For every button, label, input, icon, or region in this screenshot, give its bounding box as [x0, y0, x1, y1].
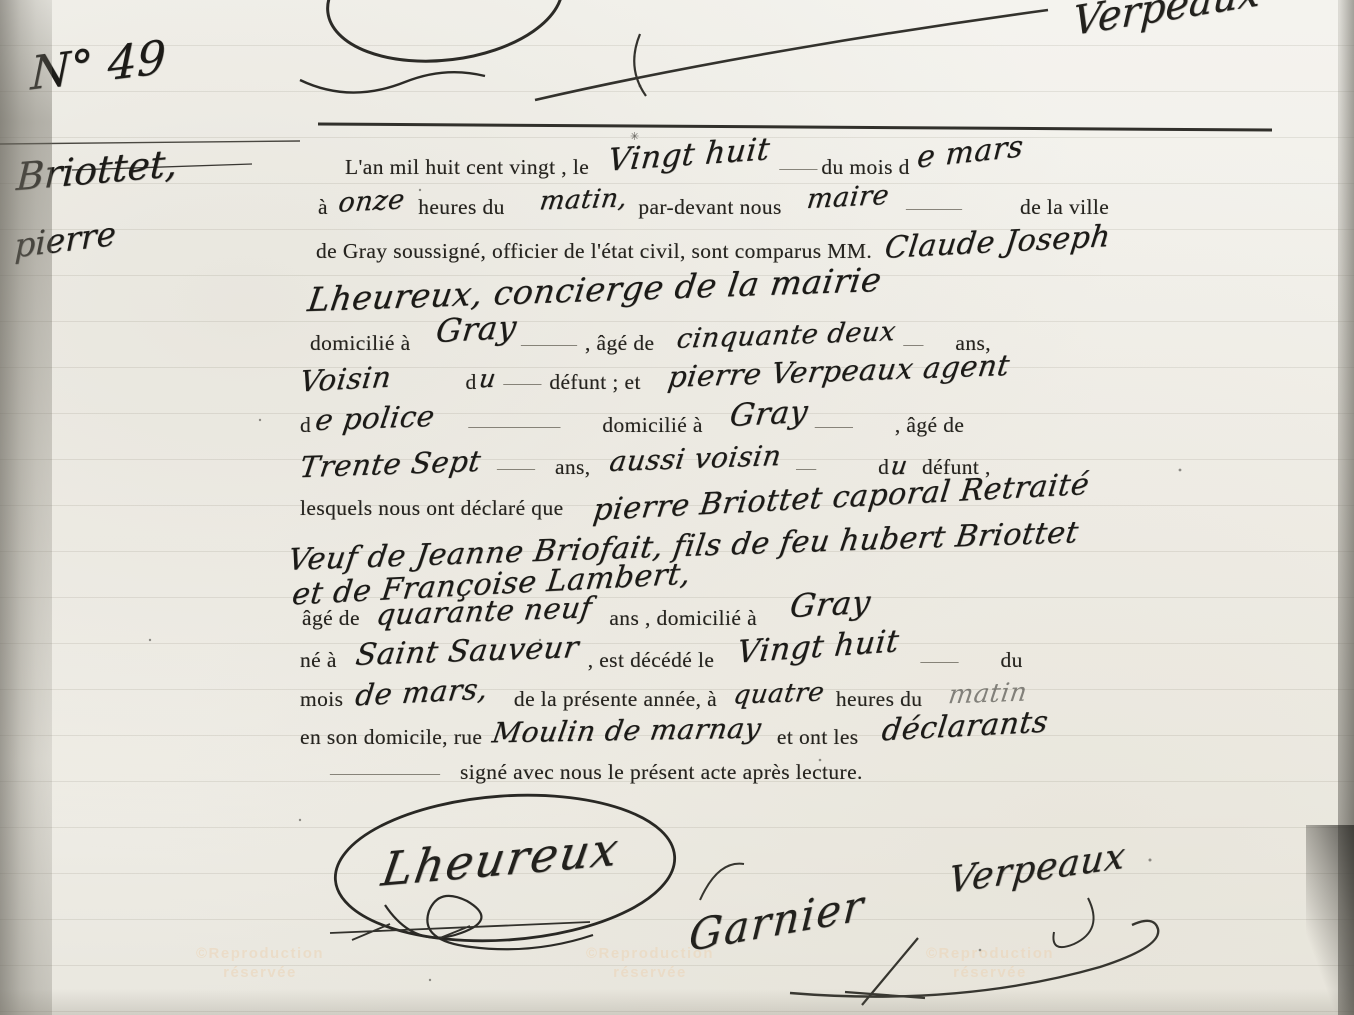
text-line: Lheureux, concierge de la mairie	[308, 270, 882, 309]
watermark-line2: réservée	[150, 963, 370, 982]
printed-text: d	[300, 413, 311, 438]
act-separator-rule	[318, 124, 1272, 130]
filler-dash: —————	[468, 415, 558, 438]
death-register-scan: Verpeaux N° 49 Briottet, pierre ✳ L'an m…	[0, 0, 1354, 1015]
printed-text: né à	[300, 648, 337, 673]
handwritten-text: u	[477, 364, 498, 394]
printed-text: à	[318, 195, 328, 220]
archive-watermark: ©Reproduction réservée	[150, 944, 370, 982]
handwritten-text: Voisin	[298, 359, 394, 398]
text-line: Voisindu——défunt ; etpierre Verpeaux age…	[300, 362, 1009, 396]
handwritten-text: déclarants	[879, 704, 1049, 748]
handwritten-text: maire	[805, 180, 891, 216]
handwritten-text: de mars,	[354, 671, 491, 712]
handwritten-text: Gray	[788, 583, 873, 626]
handwritten-text: e police	[313, 399, 437, 437]
printed-text: d	[465, 370, 476, 395]
printed-text: d	[878, 455, 889, 480]
filler-dash: ——	[497, 457, 533, 480]
text-line: ——————signé avec nous le présent acte ap…	[330, 760, 863, 785]
watermark-line2: réservée	[540, 963, 760, 982]
printed-text: par-devant nous	[638, 195, 781, 220]
handwritten-text: aussi voisin	[607, 439, 783, 478]
watermark-line2: réservée	[880, 963, 1100, 982]
handwritten-text: Claude Joseph	[883, 219, 1113, 266]
text-line: âgé dequarante neufans , domicilié àGray	[302, 595, 870, 633]
filler-dash: ——	[503, 372, 539, 395]
previous-act-signature: Verpeaux	[1072, 0, 1262, 45]
previous-act-flourish-hook	[634, 34, 646, 96]
printed-text: âgé de	[302, 606, 360, 631]
printed-text: , est décédé le	[588, 648, 715, 673]
text-line: de police—————domicilié àGray——, âgé de	[300, 404, 964, 440]
handwritten-text: Saint Sauveur	[353, 630, 581, 673]
handwritten-text: e mars	[916, 129, 1025, 176]
signature-verpeaux: Verpeaux	[947, 835, 1128, 902]
scan-corner-shadow	[1306, 825, 1354, 1015]
printed-text: lesquels nous ont déclaré que	[300, 496, 564, 521]
handwritten-text: Gray	[728, 394, 810, 434]
printed-text: ans , domicilié à	[609, 606, 757, 631]
printed-text: du mois d	[821, 155, 909, 180]
filler-dash: ——————	[330, 762, 438, 785]
handwritten-text: Trente Sept	[298, 444, 484, 485]
signature-garnier-ascender	[700, 864, 744, 900]
text-line: de Gray soussigné, officier de l'état ci…	[316, 231, 1110, 266]
filler-dash: —	[796, 457, 814, 480]
text-line: àonzeheures dumatin,par-devant nousmaire…	[318, 190, 1109, 221]
previous-act-flourish-loop	[300, 72, 485, 92]
printed-text: domicilié à	[310, 331, 411, 356]
signature-lheureux-strike	[330, 922, 590, 940]
printed-text: de la présente année, à	[514, 687, 717, 712]
filler-dash: ———	[521, 333, 575, 356]
printed-text: en son domicile, rue	[300, 725, 482, 750]
handwritten-text: quarante neuf	[374, 590, 594, 632]
text-line: L'an mil huit cent vingt , leVingt huit—…	[345, 146, 1023, 182]
text-line: né àSaint Sauveur, est décédé leVingt hu…	[300, 639, 1023, 675]
printed-text: de Gray soussigné, officier de l'état ci…	[316, 239, 872, 264]
text-line: en son domicile, rueMoulin de marnayet o…	[300, 717, 1047, 752]
printed-text: L'an mil huit cent vingt , le	[345, 155, 589, 180]
handwritten-text: matin,	[538, 183, 630, 216]
printed-text: mois	[300, 687, 343, 712]
signature-verpeaux-descender	[1053, 898, 1093, 947]
text-line: moisde mars,de la présente année, àquatr…	[300, 679, 1027, 713]
handwritten-text: Gray	[433, 308, 518, 351]
signature-lheureux-underloop	[385, 896, 593, 949]
handwritten-text: quatre	[732, 677, 827, 710]
printed-text: de la ville	[1020, 195, 1109, 220]
handwritten-text: Moulin de marnay	[490, 712, 764, 750]
previous-act-flourish-stroke	[535, 10, 1048, 100]
filler-dash: ——	[920, 650, 956, 673]
filler-dash: ——	[815, 415, 851, 438]
text-line: Trente Sept——ans,aussi voisin—dudéfunt ,	[300, 447, 991, 481]
filler-dash: ———	[906, 197, 960, 220]
scan-gutter-left	[0, 0, 52, 1015]
handwritten-text: Lheureux, concierge de la mairie	[305, 260, 884, 319]
printed-text: du	[1000, 648, 1022, 673]
watermark-line1: ©Reproduction	[150, 944, 370, 963]
printed-text: heures du	[418, 195, 505, 220]
printed-text: et ont les	[777, 725, 859, 750]
previous-act-flourish-oval	[320, 0, 569, 74]
signature-garnier: Garnier	[688, 880, 867, 961]
filler-dash: ——	[779, 157, 815, 180]
signature-lheureux: Lheureux	[378, 821, 624, 897]
handwritten-text: onze	[337, 184, 407, 219]
handwritten-text: cinquante deux	[675, 316, 898, 355]
printed-text: ans,	[555, 455, 591, 480]
scan-bottom-shadow	[0, 989, 1354, 1015]
printed-text: signé avec nous le présent acte après le…	[460, 760, 863, 785]
printed-text: défunt ; et	[549, 370, 641, 395]
printed-text: domicilié à	[602, 413, 703, 438]
watermark-line1: ©Reproduction	[880, 944, 1100, 963]
text-line: lesquels nous ont déclaré quepierre Brio…	[300, 488, 1088, 523]
printed-text: , âgé de	[895, 413, 964, 438]
archive-watermark: ©Reproduction réservée	[880, 944, 1100, 982]
printed-text: , âgé de	[585, 331, 654, 356]
printed-text: heures du	[836, 687, 923, 712]
